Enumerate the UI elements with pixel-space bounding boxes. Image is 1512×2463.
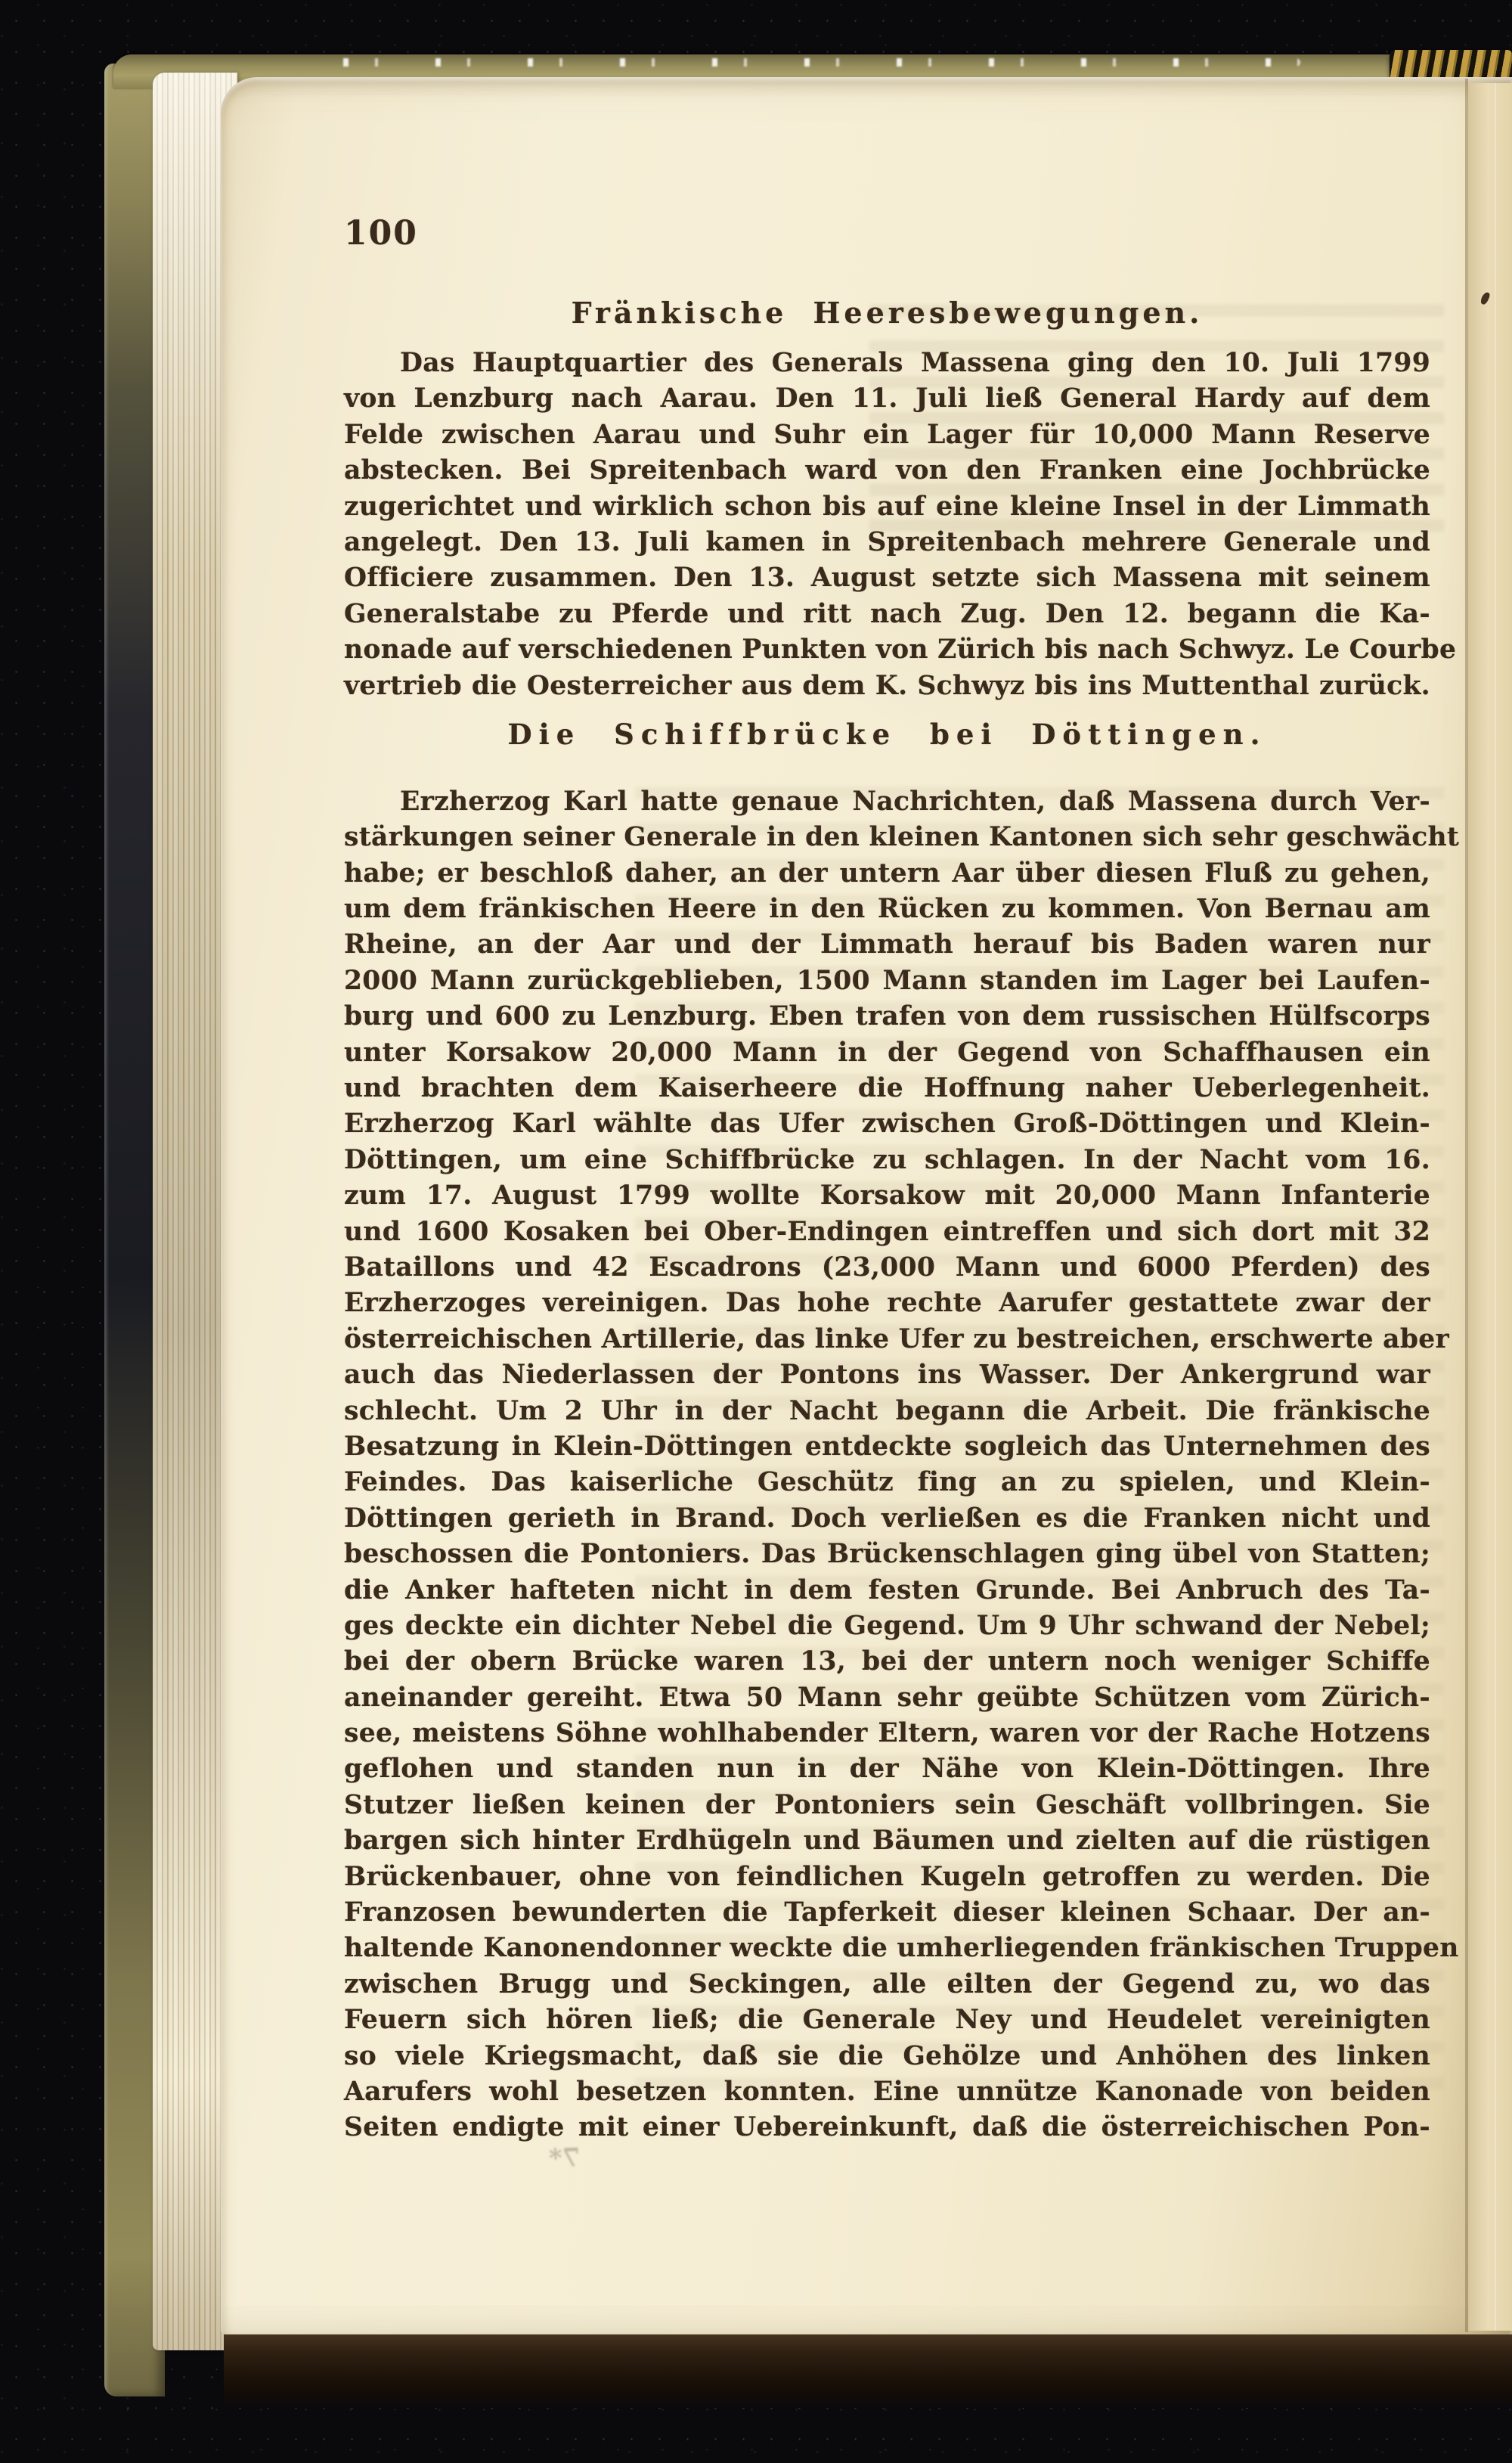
text-line: Erzherzog Karl hatte genaue Nachrichten,… — [344, 784, 1430, 820]
paragraph-2: Erzherzog Karl hatte genaue Nachrichten,… — [344, 784, 1430, 2146]
facing-page-crease — [1495, 83, 1496, 2331]
paragraph-1: Das Hauptquartier des Generals Massena g… — [344, 346, 1430, 704]
page-number: 100 — [344, 214, 1430, 253]
text-line: und brachten dem Kaiserheere die Hoffnun… — [344, 1071, 1430, 1106]
text-line: beschossen die Pontoniers. Das Brückensc… — [344, 1537, 1430, 1572]
text-line: Officiere zusammen. Den 13. August setzt… — [344, 560, 1430, 596]
showthrough-signature-mark: 7* — [548, 2142, 581, 2173]
text-line: Stutzer ließen keinen der Pontoniers sei… — [344, 1788, 1430, 1823]
text-line: Brückenbauer, ohne von feindlichen Kugel… — [344, 1860, 1430, 1895]
text-line: see, meistens Söhne wohlhabender Eltern,… — [344, 1716, 1430, 1751]
text-line: vertrieb die Oesterreicher aus dem K. Sc… — [344, 668, 1430, 704]
text-line: bei der obern Brücke waren 13, bei der u… — [344, 1644, 1430, 1680]
text-line: schlecht. Um 2 Uhr in der Nacht begann d… — [344, 1394, 1430, 1429]
text-line: aneinander gereiht. Etwa 50 Mann sehr ge… — [344, 1680, 1430, 1716]
text-block: 100 Fränkische Heeresbewegungen. Das Hau… — [344, 214, 1430, 2146]
text-line: nonade auf verschiedenen Punkten von Zür… — [344, 632, 1430, 668]
text-line: die Anker hafteten nicht in dem festen G… — [344, 1573, 1430, 1608]
text-line: Seiten endigte mit einer Uebereinkunft, … — [344, 2110, 1430, 2145]
text-line: geflohen und standen nun in der Nähe von… — [344, 1751, 1430, 1787]
section-heading-2: Die Schiffbrücke bei Döttingen. — [344, 718, 1430, 758]
text-line: Feuern sich hören ließ; die Generale Ney… — [344, 2002, 1430, 2038]
text-line: zwischen Brugg und Seckingen, alle eilte… — [344, 1967, 1430, 2002]
text-line: Aarufers wohl besetzen konnten. Eine unn… — [344, 2074, 1430, 2110]
text-line: habe; er beschloß daher, an der untern A… — [344, 856, 1430, 892]
text-line: Rheine, an der Aar und der Limmath herau… — [344, 927, 1430, 963]
text-line: unter Korsakow 20,000 Mann in der Gegend… — [344, 1035, 1430, 1071]
text-line: Franzosen bewunderten die Tapferkeit die… — [344, 1895, 1430, 1931]
text-line: Döttingen gerieth in Brand. Doch verließ… — [344, 1501, 1430, 1537]
text-line: Feindes. Das kaiserliche Geschütz fing a… — [344, 1465, 1430, 1500]
text-line: und 1600 Kosaken bei Ober-Endingen eintr… — [344, 1214, 1430, 1250]
text-line: Felde zwischen Aarau und Suhr ein Lager … — [344, 417, 1430, 453]
text-line: Generalstabe zu Pferde und ritt nach Zug… — [344, 597, 1430, 632]
text-line: stärkungen seiner Generale in den kleine… — [344, 820, 1430, 855]
page-bottom-edges — [224, 2323, 1512, 2408]
text-line: haltende Kanonendonner weckte die umherl… — [344, 1931, 1430, 1966]
facing-page-sliver — [1468, 83, 1512, 2331]
text-line: Besatzung in Klein-Döttingen entdeckte s… — [344, 1429, 1430, 1465]
text-line: Erzherzoges vereinigen. Das hohe rechte … — [344, 1286, 1430, 1321]
text-line: Das Hauptquartier des Generals Massena g… — [344, 346, 1430, 381]
text-line: angelegt. Den 13. Juli kamen in Spreiten… — [344, 525, 1430, 560]
text-line: so viele Kriegsmacht, daß sie die Gehölz… — [344, 2039, 1430, 2074]
text-line: Bataillons und 42 Escadrons (23,000 Mann… — [344, 1250, 1430, 1286]
text-line: zugerichtet und wirklich schon bis auf e… — [344, 489, 1430, 525]
text-line: zum 17. August 1799 wollte Korsakow mit … — [344, 1178, 1430, 1214]
text-line: 2000 Mann zurückgeblieben, 1500 Mann sta… — [344, 963, 1430, 999]
text-line: von Lenzburg nach Aarau. Den 11. Juli li… — [344, 381, 1430, 417]
text-line: abstecken. Bei Spreitenbach ward von den… — [344, 453, 1430, 489]
text-line: Döttingen, um eine Schiffbrücke zu schla… — [344, 1143, 1430, 1178]
text-line: burg und 600 zu Lenzburg. Eben trafen vo… — [344, 999, 1430, 1035]
section-heading-1: Fränkische Heeresbewegungen. — [344, 296, 1430, 335]
text-line: Erzherzog Karl wählte das Ufer zwischen … — [344, 1106, 1430, 1142]
text-line: ges deckte ein dichter Nebel die Gegend.… — [344, 1608, 1430, 1644]
text-line: um dem fränkischen Heere in den Rücken z… — [344, 892, 1430, 927]
plastic-wrap-glints — [318, 58, 1300, 67]
text-line: bargen sich hinter Erdhügeln und Bäumen … — [344, 1823, 1430, 1859]
text-line: österreichischen Artillerie, das linke U… — [344, 1322, 1430, 1357]
text-line: auch das Niederlassen der Pontons ins Wa… — [344, 1357, 1430, 1393]
